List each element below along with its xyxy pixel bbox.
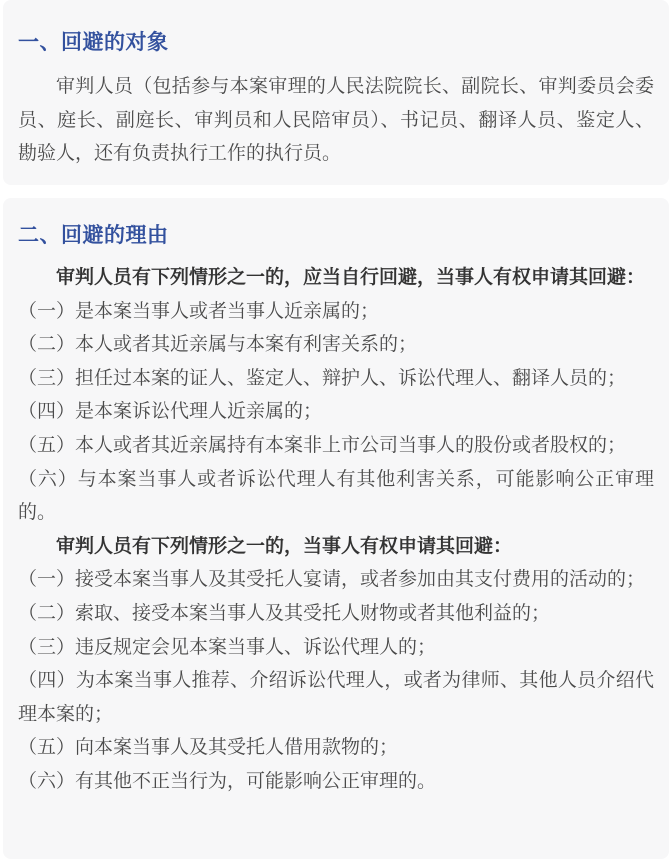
- section-1-heading: 一、回避的对象: [18, 31, 654, 53]
- section-recusal-reasons: 二、回避的理由 审判人员有下列情形之一的，应当自行回避，当事人有权申请其回避： …: [3, 198, 669, 859]
- list-item: （一）是本案当事人或者当事人近亲属的；: [18, 295, 654, 329]
- list-item: （四）是本案诉讼代理人近亲属的；: [18, 395, 654, 429]
- list-item: （四）为本案当事人推荐、介绍诉讼代理人，或者为律师、其他人员介绍代理本案的；: [18, 664, 654, 731]
- section-recusal-targets: 一、回避的对象 审判人员（包括参与本案审理的人民法院院长、副院长、审判委员会委员…: [3, 0, 669, 185]
- list-item: （二）索取、接受本案当事人及其受托人财物或者其他利益的；: [18, 597, 654, 631]
- list-item: （二）本人或者其近亲属与本案有利害关系的；: [18, 328, 654, 362]
- section-divider: [0, 185, 672, 198]
- article-page: 一、回避的对象 审判人员（包括参与本案审理的人民法院院长、副院长、审判委员会委员…: [0, 0, 672, 859]
- section-1-paragraph: 审判人员（包括参与本案审理的人民法院院长、副院长、审判委员会委员、庭长、副庭长、…: [18, 70, 654, 171]
- list-item: （六）与本案当事人或者诉讼代理人有其他利害关系，可能影响公正审理的。: [18, 463, 654, 530]
- list-item: （六）有其他不正当行为，可能影响公正审理的。: [18, 765, 654, 799]
- list-item: （五）向本案当事人及其受托人借用款物的；: [18, 731, 654, 765]
- list-item: （一）接受本案当事人及其受托人宴请，或者参加由其支付费用的活动的；: [18, 563, 654, 597]
- reasons-text-flow: 审判人员有下列情形之一的，应当自行回避，当事人有权申请其回避： （一）是本案当事…: [18, 261, 654, 799]
- party-request-lead: 审判人员有下列情形之一的，当事人有权申请其回避：: [18, 530, 654, 564]
- list-item: （三）违反规定会见本案当事人、诉讼代理人的；: [18, 631, 654, 665]
- section-2-heading: 二、回避的理由: [18, 224, 654, 246]
- list-item: （三）担任过本案的证人、鉴定人、辩护人、诉讼代理人、翻译人员的；: [18, 362, 654, 396]
- self-recusal-lead: 审判人员有下列情形之一的，应当自行回避，当事人有权申请其回避：: [18, 261, 654, 295]
- list-item: （五）本人或者其近亲属持有本案非上市公司当事人的股份或者股权的；: [18, 429, 654, 463]
